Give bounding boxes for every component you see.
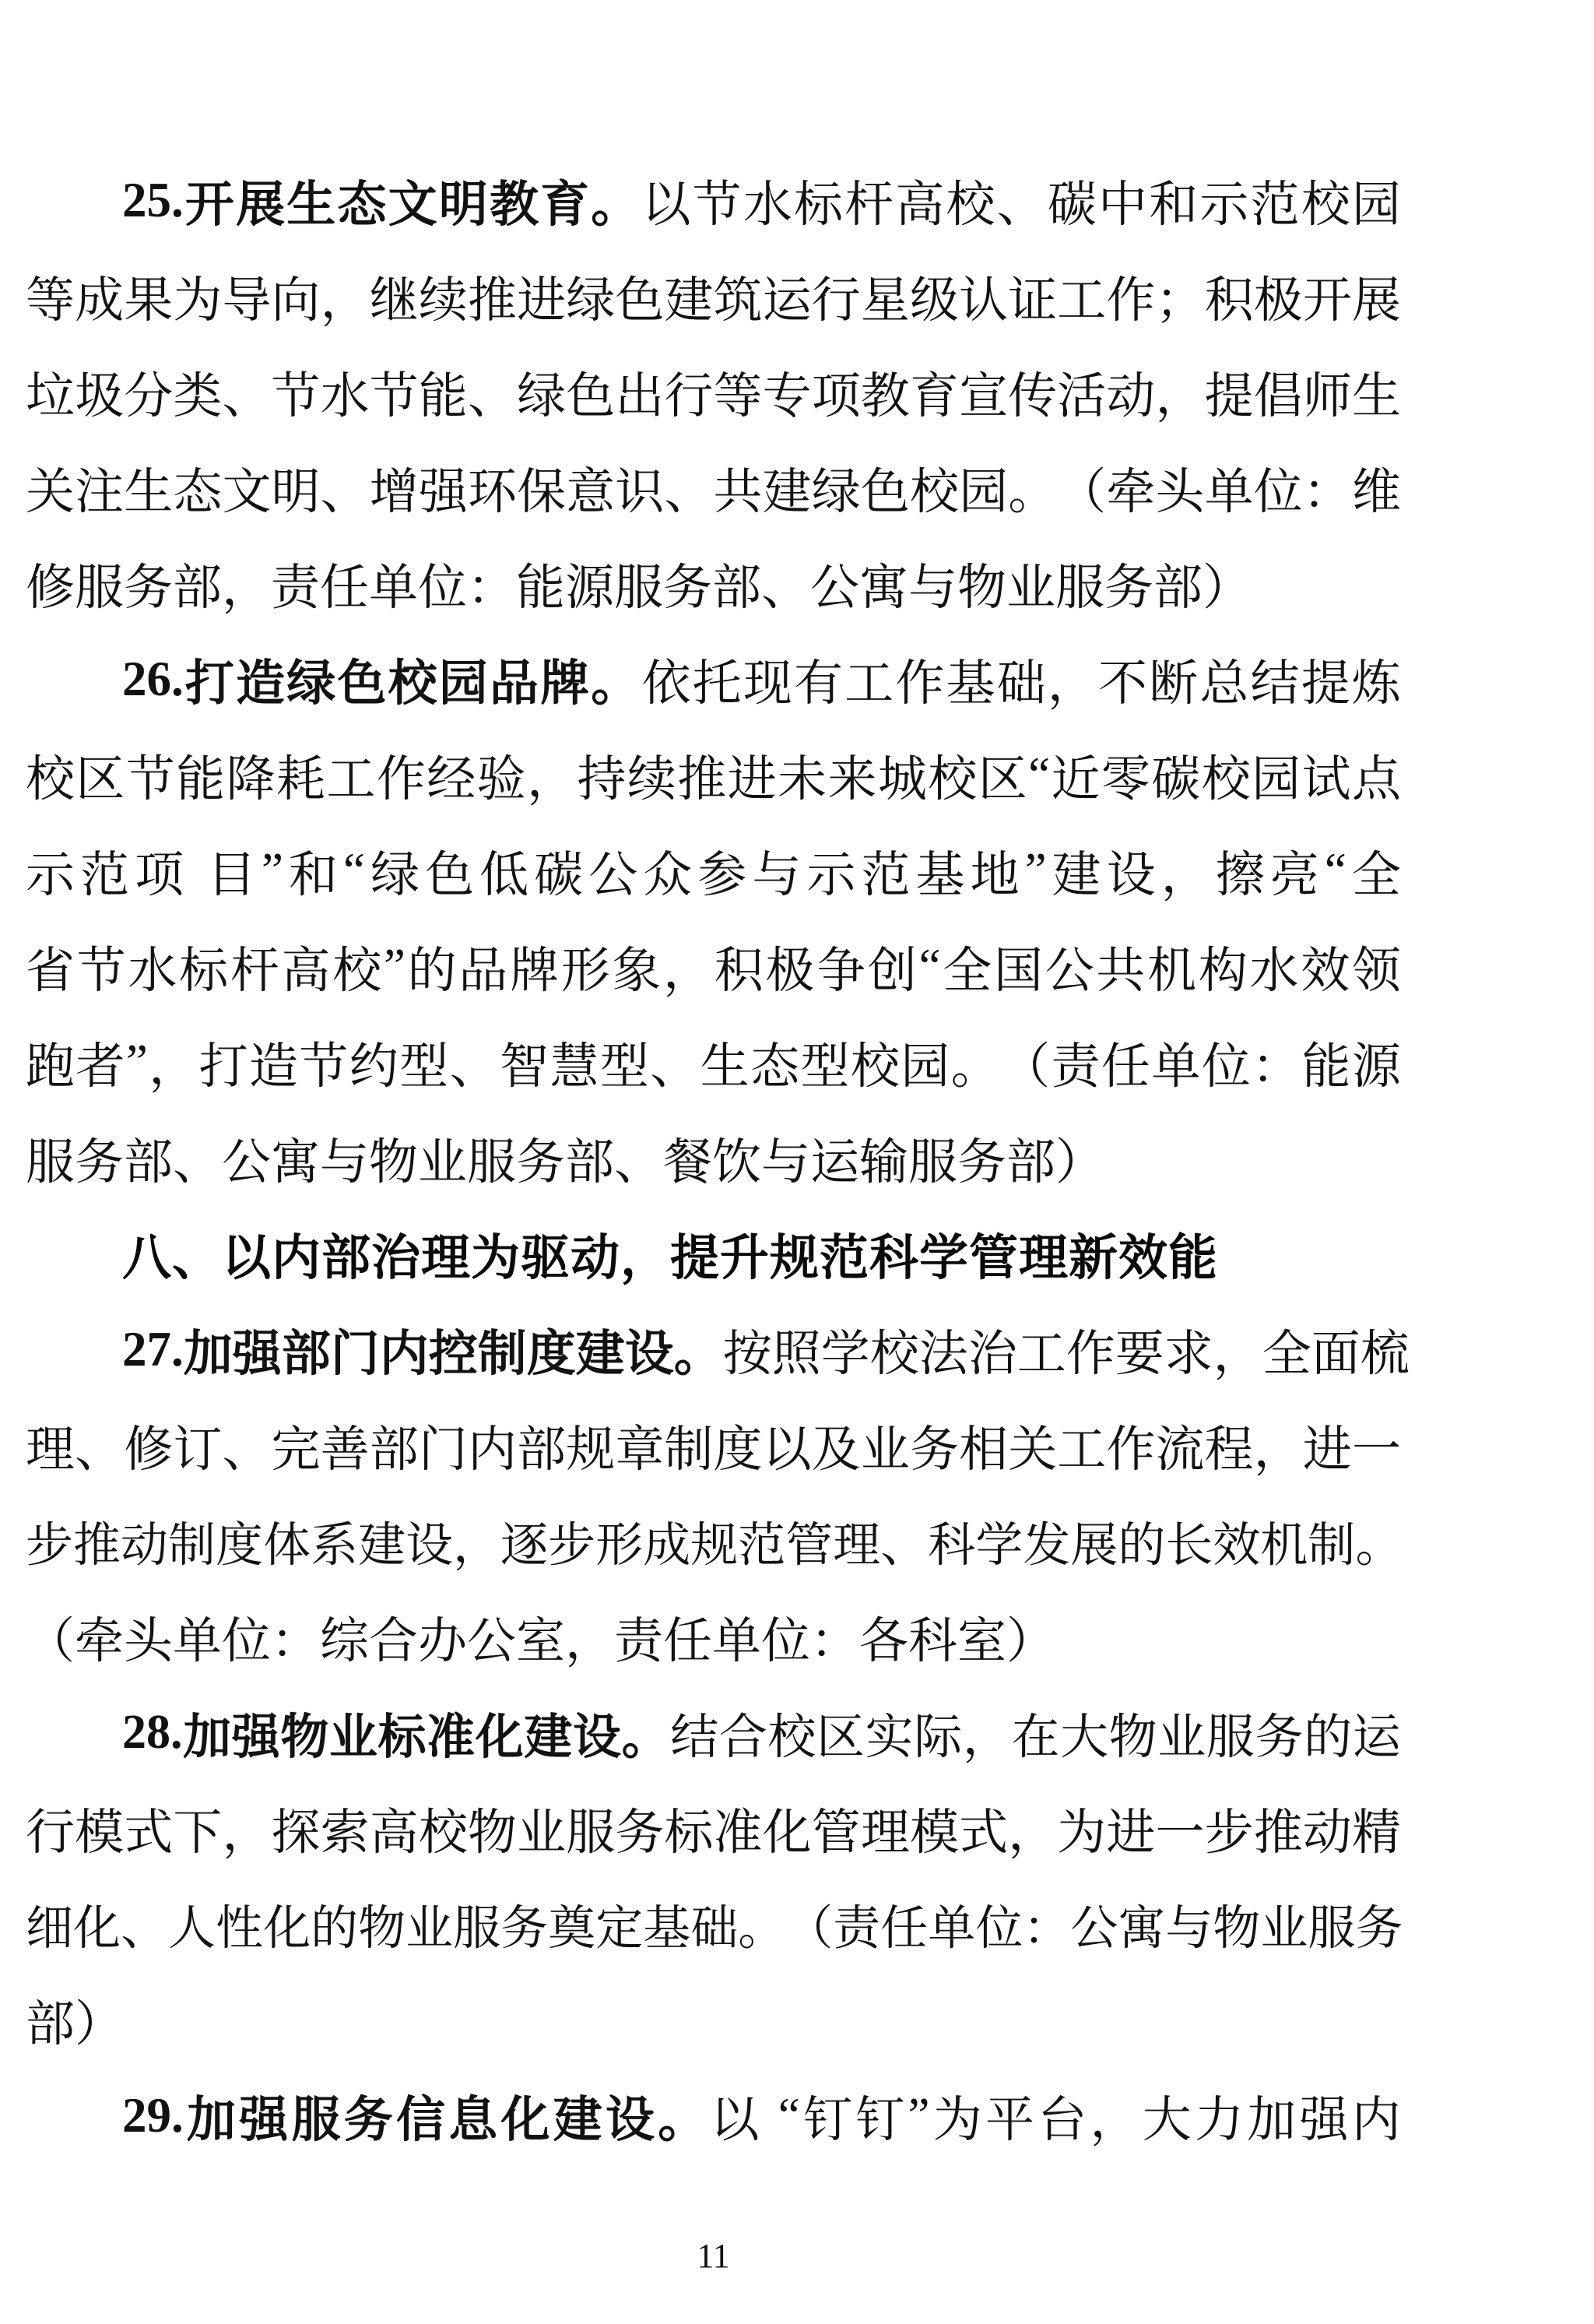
para-25-line-3: 垃圾分类、节水节能、绿色出行等专项教育宣传活动，提倡师生: [26, 344, 1401, 440]
item-number-28: 28.: [122, 1705, 183, 1760]
para-26-line-2: 校区节能降耗工作经验，持续推进未来城校区“近零碳校园试点: [26, 727, 1401, 823]
para-28-line-2: 行模式下，探索高校物业服务标准化管理模式，为进一步推动精: [26, 1781, 1401, 1876]
para-27-line-2: 理、修订、完善部门内部规章制度以及业务相关工作流程，进一: [26, 1398, 1401, 1493]
body-text: 部）: [26, 1985, 124, 2055]
para-25-line-2: 等成果为导向，继续推进绿色建筑运行星级认证工作；积极开展: [26, 248, 1401, 344]
item-number-26: 26.: [122, 651, 184, 708]
para-26-line-6: 服务部、公寓与物业服务部、餐饮与运输服务部）: [26, 1110, 1401, 1206]
document-body: 25.开展生态文明教育。以节水标杆高校、碳中和示范校园 等成果为导向，继续推进绿…: [26, 153, 1401, 2164]
para-29-line-1: 29.加强服务信息化建设。以 “钉钉”为平台，大力加强内: [26, 2068, 1401, 2164]
body-text: 服务部、公寓与物业服务部、餐饮与运输服务部）: [26, 1123, 1104, 1194]
para-25-line-4: 关注生态文明、增强环保意识、共建绿色校园。（牵头单位：维: [26, 440, 1401, 536]
para-26-line-5: 跑者”，打造节约型、智慧型、生态型校园。（责任单位：能源: [26, 1014, 1401, 1110]
para-27-line-4: （牵头单位：综合办公室，责任单位：各科室）: [26, 1589, 1401, 1685]
para-27-line-1: 27.加强部门内控制度建设。按照学校法治工作要求，全面梳: [26, 1302, 1401, 1398]
para-27-line-3: 步推动制度体系建设，逐步形成规范管理、科学发展的长效机制。: [26, 1493, 1401, 1589]
body-text: 修服务部，责任单位：能源服务部、公寓与物业服务部）: [26, 548, 1252, 619]
document-page: 25.开展生态文明教育。以节水标杆高校、碳中和示范校园 等成果为导向，继续推进绿…: [0, 0, 1594, 2324]
body-text: （牵头单位：综合办公室，责任单位：各科室）: [26, 1601, 1055, 1672]
para-26-line-1: 26.打造绿色校园品牌。依托现有工作基础，不断总结提炼: [26, 631, 1401, 727]
page-number: 11: [26, 2236, 1401, 2276]
item-number-25: 25.: [122, 172, 184, 229]
item-number-27: 27.: [122, 1321, 184, 1378]
para-25-line-1: 25.开展生态文明教育。以节水标杆高校、碳中和示范校园: [26, 153, 1401, 248]
para-25-line-5: 修服务部，责任单位：能源服务部、公寓与物业服务部）: [26, 536, 1401, 631]
para-28-line-4: 部）: [26, 1972, 1401, 2068]
para-26-line-4: 省节水标杆高校”的品牌形象，积极争创“全国公共机构水效领: [26, 919, 1401, 1014]
para-28-line-3: 细化、人性化的物业服务奠定基础。（责任单位：公寓与物业服务: [26, 1876, 1401, 1972]
para-26-line-3: 示范项 目”和“绿色低碳公众参与示范基地”建设，擦亮“全: [26, 823, 1401, 919]
section-heading-8: 八、以内部治理为驱动，提升规范科学管理新效能: [26, 1206, 1401, 1302]
para-28-line-1: 28.加强物业标准化建设。结合校区实际，在大物业服务的运: [26, 1685, 1401, 1781]
section-heading-text: 八、以内部治理为驱动，提升规范科学管理新效能: [122, 1218, 1218, 1289]
item-number-29: 29.: [122, 2087, 184, 2144]
